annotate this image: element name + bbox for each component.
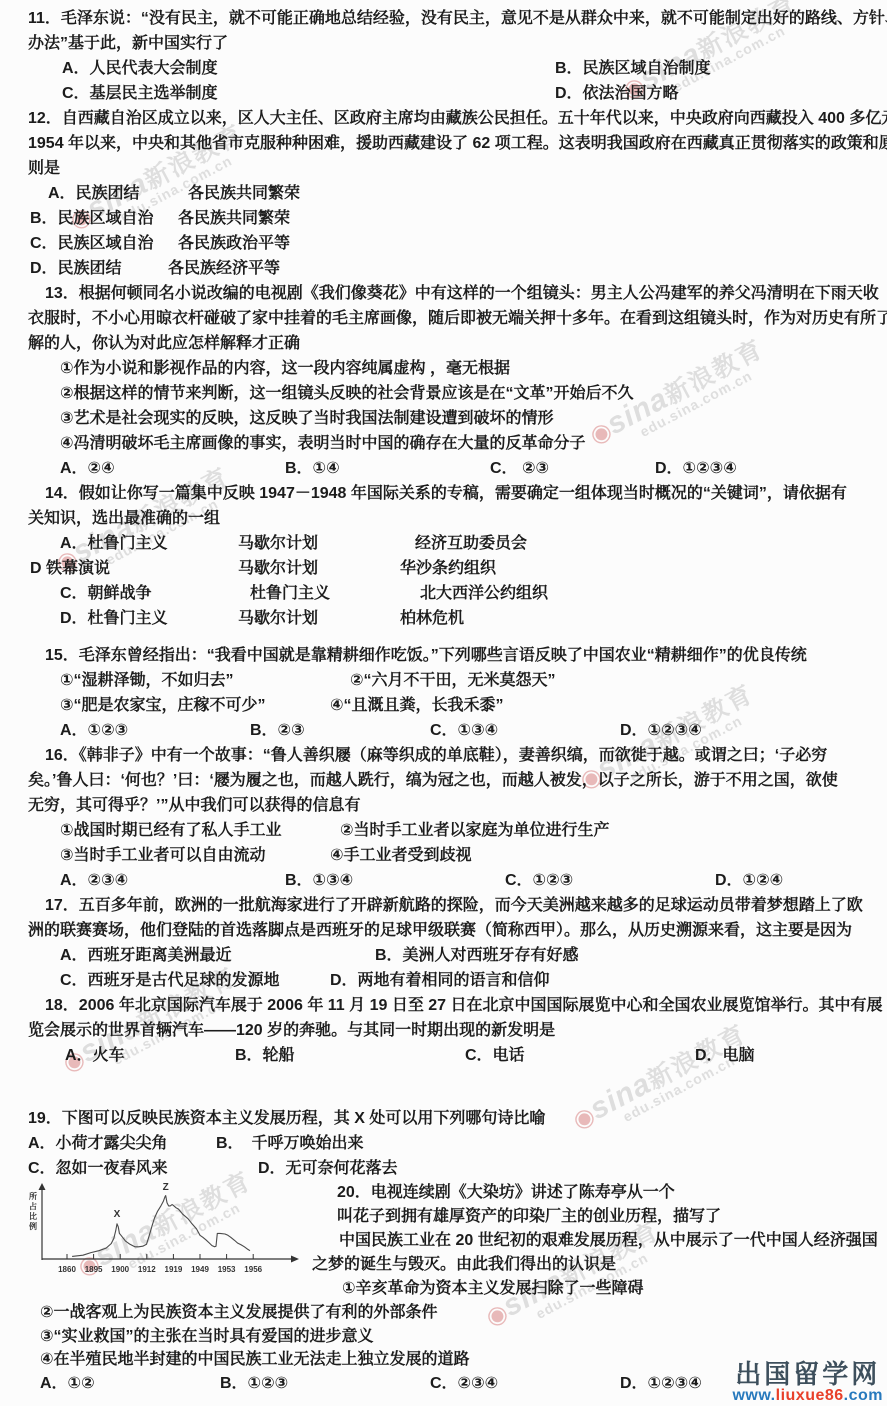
answer-option: A．②④ bbox=[60, 456, 285, 481]
option-row: C．基层民主选举制度D．依法治国方略 bbox=[0, 81, 887, 106]
stem-line: 览会展示的世界首辆汽车——120 岁的奔驰。与其同一时期出现的新发明是 bbox=[0, 1018, 887, 1043]
svg-text:1953: 1953 bbox=[218, 1265, 236, 1274]
numbered-item: ④冯清明破坏毛主席画像的事实，表明当时中国的确存在大量的反革命分子 bbox=[0, 431, 887, 456]
stem-line: 17．五百多年前，欧洲的一批航海家进行了开辟新航路的探险，而今天美洲越来越多的足… bbox=[0, 893, 887, 918]
item-row: ③“肥是农家宝，庄稼不可少”④“且溉且粪，长我禾黍” bbox=[0, 693, 887, 718]
option: A．杜鲁门主义 bbox=[60, 531, 238, 556]
answer-option: B．②③ bbox=[250, 718, 430, 743]
answer-option: C．②③④ bbox=[430, 1372, 620, 1396]
option-row: D 铁幕演说马歇尔计划华沙条约组织 bbox=[0, 556, 887, 581]
numbered-item: ②根据这样的情节来判断，这一组镜头反映的社会背景应该是在“文革”开始后不久 bbox=[0, 381, 887, 406]
answer-option: D．①②③④ bbox=[620, 718, 702, 743]
option-row: A．民族团结各民族共同繁荣 bbox=[0, 181, 887, 206]
stem-line: 14．假如让你写一篇集中反映 1947－1948 年国际关系的专稿，需要确定一组… bbox=[0, 481, 887, 506]
stem-line: 中国民族工业在 20 世纪初的艰难发展历程，从中展示了一代中国人经济强国 bbox=[312, 1229, 872, 1253]
option-row: D．民族团结各民族经济平等 bbox=[0, 256, 887, 281]
stem-line: 之梦的诞生与毁灭。由此我们得出的认识是 bbox=[312, 1253, 872, 1277]
stem-line: 12．自西藏自治区成立以来，区人大主任、区政府主席均由藏族公民担任。五十年代以来… bbox=[0, 106, 887, 131]
question-14: 14．假如让你写一篇集中反映 1947－1948 年国际关系的专稿，需要确定一组… bbox=[0, 481, 887, 631]
answer-option: A．①② bbox=[40, 1372, 220, 1396]
numbered-item: ①辛亥革命为资本主义发展扫除了一些障碍 bbox=[312, 1277, 872, 1301]
svg-text:1949: 1949 bbox=[191, 1265, 209, 1274]
svg-text:1860: 1860 bbox=[58, 1265, 76, 1274]
option-row: C．朝鲜战争杜鲁门主义北大西洋公约组织 bbox=[0, 581, 887, 606]
option-row: A．人民代表大会制度B．民族区域自治制度 bbox=[0, 56, 887, 81]
liuxue-logo: 出国留学网 www.liuxue86.com bbox=[732, 1361, 883, 1404]
numbered-item: ④手工业者受到歧视 bbox=[330, 843, 472, 868]
stem-line: 叫花子到拥有雄厚资产的印染厂主的创业历程，描写了 bbox=[312, 1205, 872, 1229]
numbered-item: ③当时手工业者可以自由流动 bbox=[60, 843, 330, 868]
answer-option: D．电脑 bbox=[695, 1043, 755, 1068]
option-row: A．西班牙距离美洲最近B．美洲人对西班牙存有好感 bbox=[0, 943, 887, 968]
answer-option: D．①②③④ bbox=[620, 1372, 702, 1396]
stem-line: 关知识，选出最准确的一组 bbox=[0, 506, 887, 531]
answer-option: B．轮船 bbox=[235, 1043, 465, 1068]
option-row: A．杜鲁门主义马歇尔计划经济互助委员会 bbox=[0, 531, 887, 556]
option: C．民族区域自治 bbox=[30, 231, 178, 256]
answer-option: A．火车 bbox=[65, 1043, 235, 1068]
option: 马歇尔计划 bbox=[238, 556, 400, 581]
option: D．杜鲁门主义 bbox=[60, 606, 238, 631]
stem-line: 洲的联赛赛场，他们登陆的首选落脚点是西班牙的足球甲级联赛（简称西甲）。那么，从历… bbox=[0, 918, 887, 943]
option: C．西班牙是古代足球的发源地 bbox=[60, 968, 330, 993]
svg-text:1912: 1912 bbox=[138, 1265, 156, 1274]
answer-row: A．火车B．轮船C．电话D．电脑 bbox=[0, 1043, 887, 1068]
option-row: C．民族区域自治各民族政治平等 bbox=[0, 231, 887, 256]
stem-line: 13．根据何顿同名小说改编的电视剧《我们像葵花》中有这样的一个组镜头：男主人公冯… bbox=[0, 281, 887, 306]
option: 各民族共同繁荣 bbox=[178, 206, 290, 231]
option: 经济互助委员会 bbox=[415, 531, 527, 556]
answer-option: D．①②③④ bbox=[655, 456, 737, 481]
svg-text:例: 例 bbox=[29, 1221, 37, 1231]
option-row: B．民族区域自治各民族共同繁荣 bbox=[0, 206, 887, 231]
site-url-tld: .com bbox=[844, 1387, 883, 1404]
item-row: ③当时手工业者可以自由流动④手工业者受到歧视 bbox=[0, 843, 887, 868]
question-16: 16．《韩非子》中有一个故事：“鲁人善织屦（麻等织成的单底鞋），妻善织缟，而欲徙… bbox=[0, 743, 887, 893]
option: D．依法治国方略 bbox=[555, 81, 679, 106]
answer-option: C． ②③ bbox=[490, 456, 655, 481]
item-row: ①战国时期已经有了私人手工业②当时手工业者以家庭为单位进行生产 bbox=[0, 818, 887, 843]
question-19: 19．下图可以反映民族资本主义发展历程，其 X 处可以用下列哪句诗比喻 A．小荷… bbox=[0, 1106, 887, 1181]
option: 各民族政治平等 bbox=[178, 231, 290, 256]
option: C．基层民主选举制度 bbox=[62, 81, 555, 106]
svg-text:X: X bbox=[114, 1209, 121, 1220]
answer-option: A．②③④ bbox=[60, 868, 285, 893]
numbered-item: ②当时手工业者以家庭为单位进行生产 bbox=[340, 818, 610, 843]
option-row: A．小荷才露尖尖角B． 千呼万唤始出来 bbox=[0, 1131, 887, 1156]
figure-and-question-20: 所占比例18601895190019121919194919531956XZ 2… bbox=[0, 1181, 887, 1301]
stem-line: 矣。’鲁人曰：‘何也？’曰：‘屦为履之也，而越人跣行，缟为冠之也，而越人被发，以… bbox=[0, 768, 887, 793]
svg-text:占: 占 bbox=[29, 1201, 37, 1211]
answer-option: B．①②③ bbox=[220, 1372, 430, 1396]
option-row: C．忽如一夜春风来D．无可奈何花落去 bbox=[0, 1156, 887, 1181]
item-row: ①“湿耕泽锄，不如归去”②“六月不干田，无米莫怨天” bbox=[0, 668, 887, 693]
option: B．民族区域自治 bbox=[30, 206, 178, 231]
numbered-item: ②一战客观上为民族资本主义发展提供了有利的外部条件 bbox=[0, 1301, 887, 1325]
option: D．无可奈何花落去 bbox=[258, 1156, 398, 1181]
question-17: 17．五百多年前，欧洲的一批航海家进行了开辟新航路的探险，而今天美洲越来越多的足… bbox=[0, 893, 887, 993]
answer-row: A．①②③B．②③C．①③④D．①②③④ bbox=[0, 718, 887, 743]
question-15: 15．毛泽东曾经指出：“我看中国就是靠精耕细作吃饭。”下列哪些言语反映了中国农业… bbox=[0, 643, 887, 743]
svg-text:比: 比 bbox=[29, 1211, 37, 1221]
stem-line: 解的人，你认为对此应怎样解释才正确 bbox=[0, 331, 887, 356]
option: 各民族经济平等 bbox=[168, 256, 280, 281]
svg-text:1956: 1956 bbox=[244, 1265, 262, 1274]
option: A．小荷才露尖尖角 bbox=[28, 1131, 216, 1156]
site-name: 出国留学网 bbox=[732, 1361, 883, 1387]
stem-line: 18．2006 年北京国际汽车展于 2006 年 11 月 19 日至 27 日… bbox=[0, 993, 887, 1018]
numbered-item: ③“实业救国”的主张在当时具有爱国的进步意义 bbox=[0, 1325, 887, 1349]
answer-option: C．①③④ bbox=[430, 718, 620, 743]
option: B．民族区域自治制度 bbox=[555, 56, 711, 81]
option: D．两地有着相同的语言和信仰 bbox=[330, 968, 550, 993]
answer-row: A．②④B．①④C． ②③D．①②③④ bbox=[0, 456, 887, 481]
question-11: 11．毛泽东说：“没有民主，就不可能正确地总结经验，没有民主，意见不是从群众中来… bbox=[0, 6, 887, 106]
stem-line: 则是 bbox=[0, 156, 887, 181]
option: 马歇尔计划 bbox=[238, 606, 400, 631]
svg-text:Z: Z bbox=[163, 1182, 169, 1193]
option: A．人民代表大会制度 bbox=[62, 56, 555, 81]
numbered-item: ②“六月不干田，无米莫怨天” bbox=[350, 668, 556, 693]
option: B．美洲人对西班牙存有好感 bbox=[375, 943, 579, 968]
exam-page: ◉sina新浪教育edu.sina.com.cn ◉sina新浪教育edu.si… bbox=[0, 0, 887, 1406]
numbered-item: ①作为小说和影视作品的内容，这一段内容纯属虚构 ，毫无根据 bbox=[0, 356, 887, 381]
stem-line: 办法”基于此，新中国实行了 bbox=[0, 31, 887, 56]
stem-line: 11．毛泽东说：“没有民主，就不可能正确地总结经验，没有民主，意见不是从群众中来… bbox=[0, 6, 887, 31]
stem-line: 1954 年以来，中央和其他省市克服种种困难，援助西藏建设了 62 项工程。这表… bbox=[0, 131, 887, 156]
svg-text:1919: 1919 bbox=[165, 1265, 183, 1274]
option: 杜鲁门主义 bbox=[250, 581, 420, 606]
option: 柏林危机 bbox=[400, 606, 464, 631]
stem-line: 16．《韩非子》中有一个故事：“鲁人善织屦（麻等织成的单底鞋），妻善织缟，而欲徙… bbox=[0, 743, 887, 768]
answer-option: C．①②③ bbox=[505, 868, 715, 893]
answer-row: A．②③④B．①③④C．①②③D．①②④ bbox=[0, 868, 887, 893]
option: A．民族团结 bbox=[48, 181, 188, 206]
svg-text:1900: 1900 bbox=[111, 1265, 129, 1274]
numbered-item: ③“肥是农家宝，庄稼不可少” bbox=[60, 693, 330, 718]
answer-option: B．①④ bbox=[285, 456, 490, 481]
question-13: 13．根据何顿同名小说改编的电视剧《我们像葵花》中有这样的一个组镜头：男主人公冯… bbox=[0, 281, 887, 481]
option: C．忽如一夜春风来 bbox=[28, 1156, 258, 1181]
numbered-item: ③艺术是社会现实的反映，这反映了当时我国法制建设遭到破坏的情形 bbox=[0, 406, 887, 431]
site-url-domain: liuxue86 bbox=[776, 1387, 844, 1404]
numbered-item: ④“且溉且粪，长我禾黍” bbox=[330, 693, 504, 718]
option: C．朝鲜战争 bbox=[60, 581, 250, 606]
question-12: 12．自西藏自治区成立以来，区人大主任、区政府主席均由藏族公民担任。五十年代以来… bbox=[0, 106, 887, 281]
stem-line: 无穷，其可得乎？’”从中我们可以获得的信息有 bbox=[0, 793, 887, 818]
site-url-prefix: www. bbox=[732, 1387, 775, 1404]
option: 北大西洋公约组织 bbox=[420, 581, 548, 606]
option: D．民族团结 bbox=[30, 256, 168, 281]
answer-option: A．①②③ bbox=[60, 718, 250, 743]
answer-option: B．①③④ bbox=[285, 868, 505, 893]
numbered-item: ①战国时期已经有了私人手工业 bbox=[60, 818, 340, 843]
development-curve-figure: 所占比例18601895190019121919194919531956XZ bbox=[0, 1181, 312, 1290]
numbered-item: ①“湿耕泽锄，不如归去” bbox=[60, 668, 350, 693]
option-row: D．杜鲁门主义马歇尔计划柏林危机 bbox=[0, 606, 887, 631]
stem-line: 衣服时，不小心用晾衣杆碰破了家中挂着的毛主席画像，随后即被无端关押十多年。在看到… bbox=[0, 306, 887, 331]
question-18: 18．2006 年北京国际汽车展于 2006 年 11 月 19 日至 27 日… bbox=[0, 993, 887, 1068]
option-row: C．西班牙是古代足球的发源地D．两地有着相同的语言和信仰 bbox=[0, 968, 887, 993]
stem-line: 15．毛泽东曾经指出：“我看中国就是靠精耕细作吃饭。”下列哪些言语反映了中国农业… bbox=[0, 643, 887, 668]
answer-option: D．①②④ bbox=[715, 868, 783, 893]
development-curve-chart: 所占比例18601895190019121919194919531956XZ bbox=[25, 1181, 310, 1285]
option: B． 千呼万唤始出来 bbox=[216, 1131, 364, 1156]
option: A．西班牙距离美洲最近 bbox=[60, 943, 375, 968]
answer-option: C．电话 bbox=[465, 1043, 695, 1068]
option: 马歇尔计划 bbox=[238, 531, 415, 556]
svg-text:所: 所 bbox=[29, 1191, 37, 1201]
option: 各民族共同繁荣 bbox=[188, 181, 300, 206]
question-20: 20．电视连续剧《大染坊》讲述了陈寿亭从一个 叫花子到拥有雄厚资产的印染厂主的创… bbox=[312, 1181, 872, 1301]
option: 华沙条约组织 bbox=[400, 556, 496, 581]
svg-text:1895: 1895 bbox=[85, 1265, 103, 1274]
stem-line: 19．下图可以反映民族资本主义发展历程，其 X 处可以用下列哪句诗比喻 bbox=[0, 1106, 887, 1131]
stem-line: 20．电视连续剧《大染坊》讲述了陈寿亭从一个 bbox=[312, 1181, 872, 1205]
site-url: www.liuxue86.com bbox=[732, 1388, 883, 1404]
option: D 铁幕演说 bbox=[30, 556, 238, 581]
